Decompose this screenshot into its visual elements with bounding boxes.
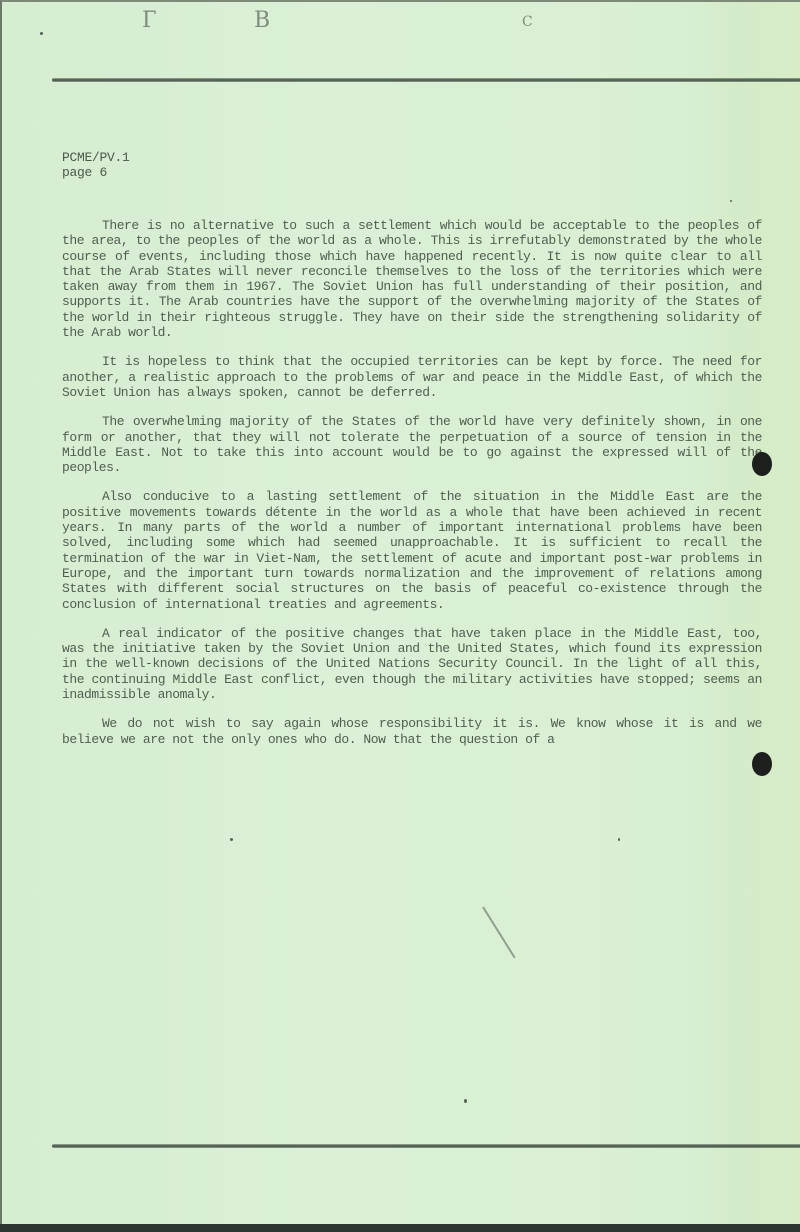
paragraph: A real indicator of the positive changes… <box>62 626 762 702</box>
document-body: There is no alternative to such a settle… <box>62 218 762 761</box>
header-mark: С <box>522 14 533 30</box>
punch-hole-icon <box>752 452 772 476</box>
top-rule-divider <box>52 78 800 82</box>
paper-speck <box>618 838 620 841</box>
paper-speck <box>230 838 233 841</box>
header-mark: В <box>254 8 270 33</box>
document-reference: PCME/PV.1 page 6 <box>62 150 130 180</box>
paragraph: Also conducive to a lasting settlement o… <box>62 489 762 611</box>
paragraph: There is no alternative to such a settle… <box>62 218 762 340</box>
paragraph: It is hopeless to think that the occupie… <box>62 354 762 400</box>
paper-scratch <box>482 906 515 958</box>
page-number: page 6 <box>62 165 130 180</box>
paragraph: We do not wish to say again whose respon… <box>62 716 762 747</box>
document-page: Г В С PCME/PV.1 page 6 There is no alter… <box>0 0 800 1224</box>
paper-speck <box>730 200 732 202</box>
header-mark: Г <box>142 8 157 33</box>
scan-bottom-edge <box>0 1224 800 1232</box>
paper-speck <box>464 1099 467 1103</box>
paragraph: The overwhelming majority of the States … <box>62 414 762 475</box>
document-symbol: PCME/PV.1 <box>62 150 130 165</box>
bottom-rule-divider <box>52 1144 800 1148</box>
paper-speck <box>40 32 43 35</box>
punch-hole-icon <box>752 752 772 776</box>
